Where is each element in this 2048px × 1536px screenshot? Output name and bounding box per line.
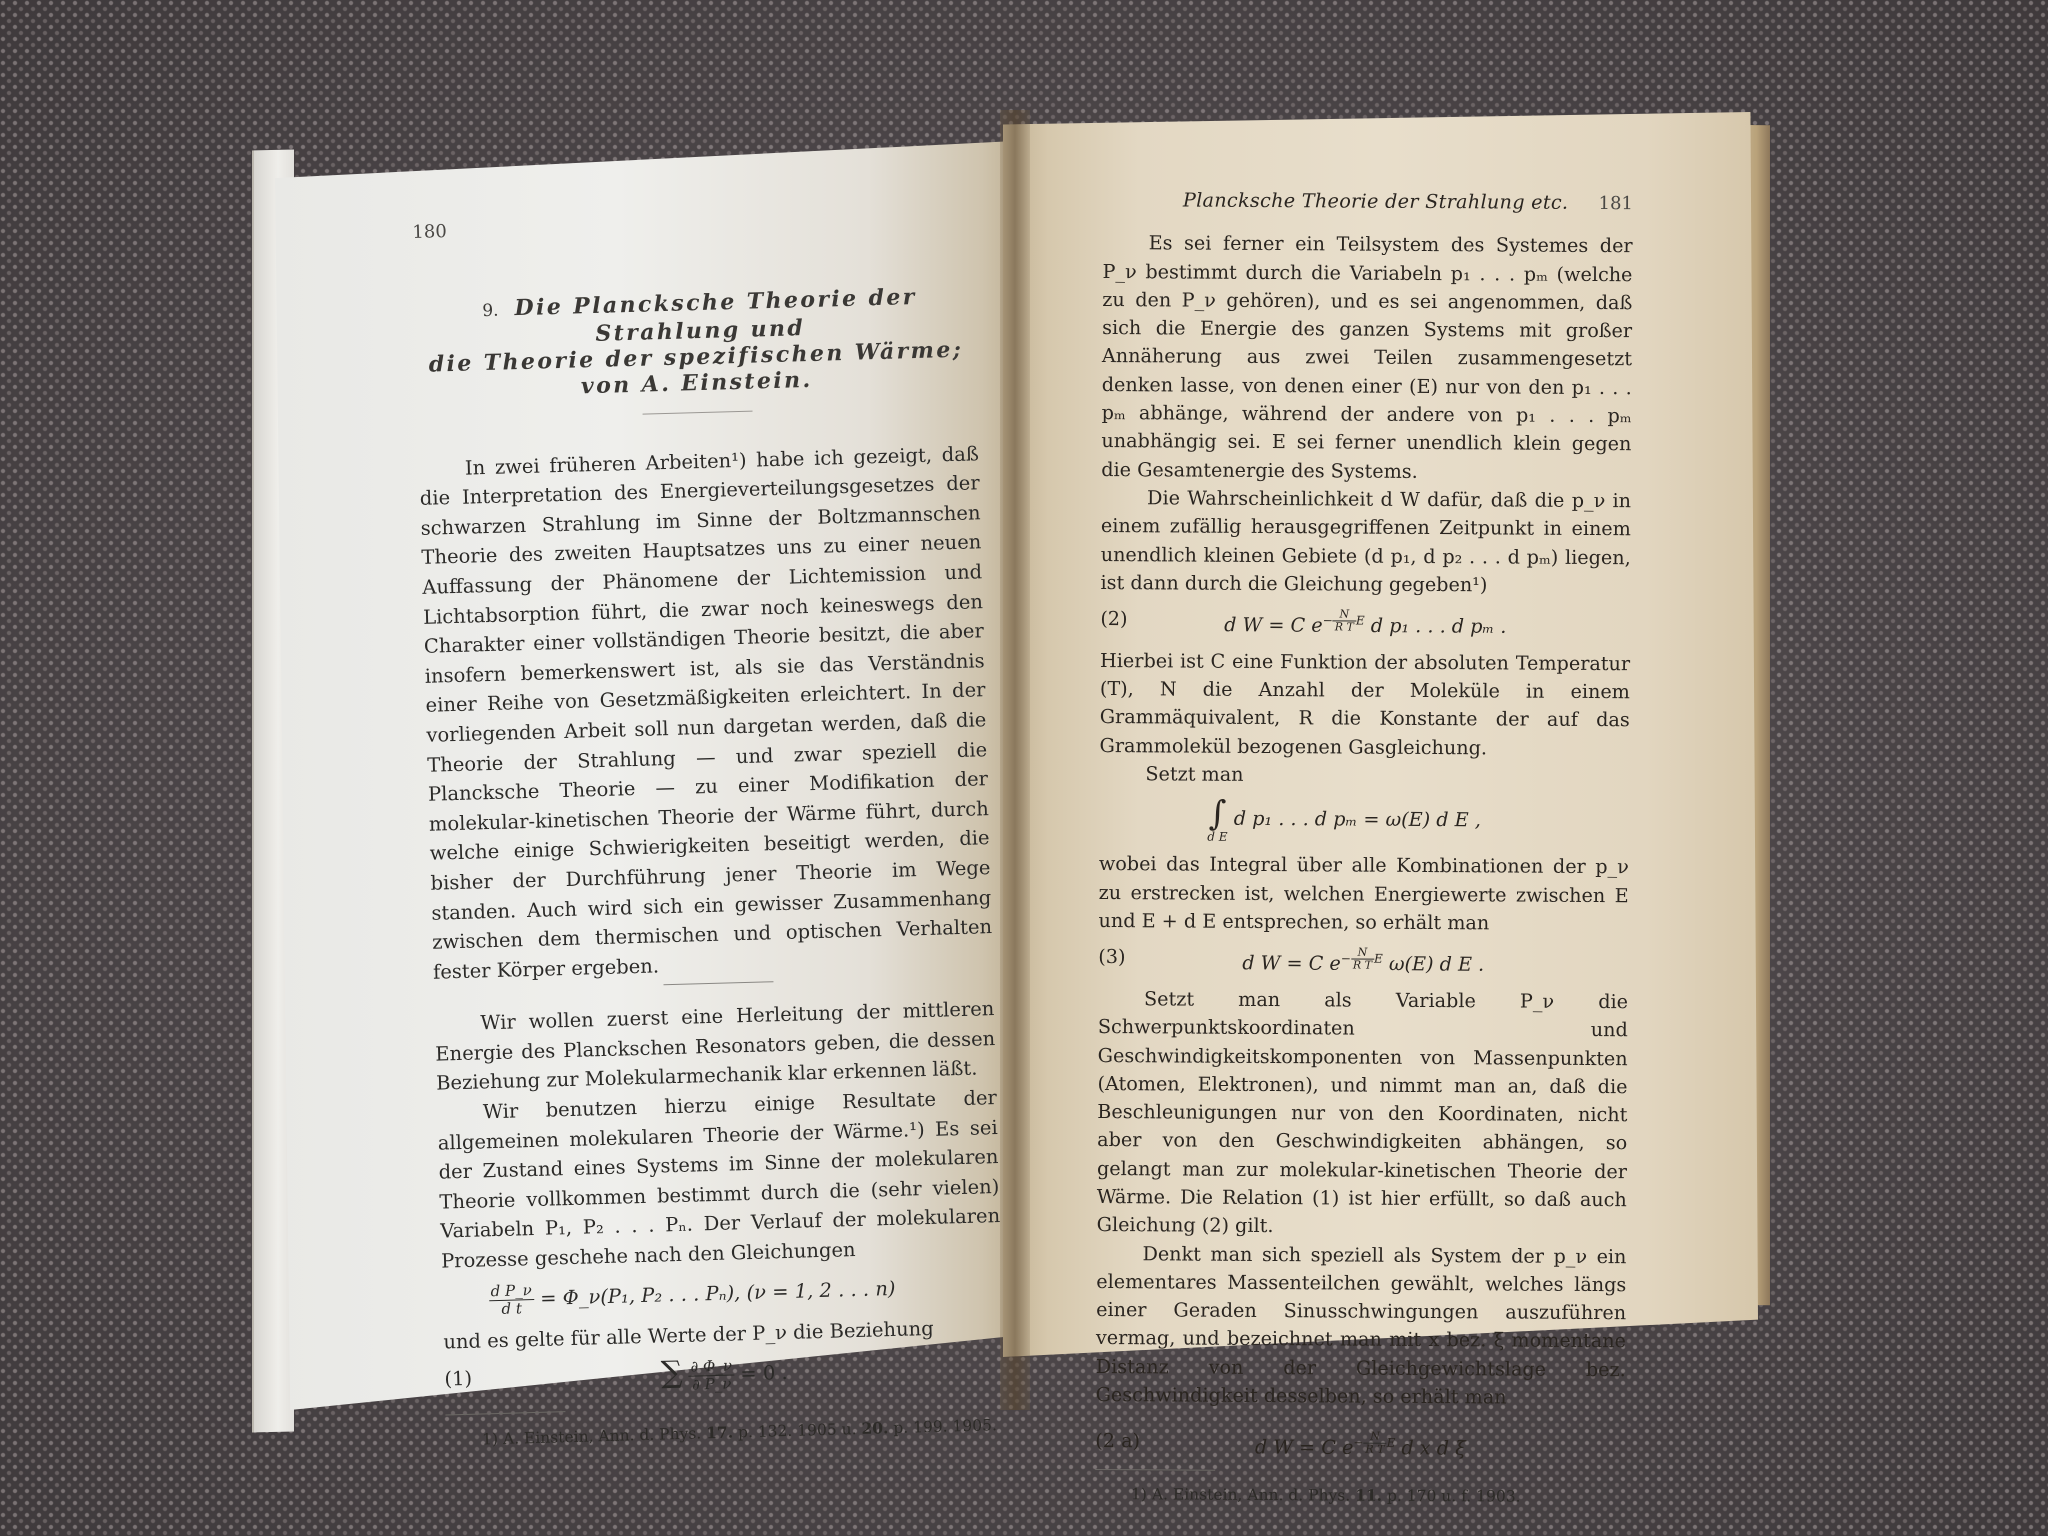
equation-1: (1) ∑ ∂ Φ_ν ∂ P_ν = 0 .: [444, 1349, 1005, 1401]
equation-dp-dt: d P_ν d t = Φ_ν(P₁, P₂ . . . Pₙ), (ν = 1…: [382, 1269, 1003, 1321]
open-book: 180 9. Die Plancksche Theorie der Strahl…: [0, 0, 2048, 1536]
article-number: 9.: [482, 300, 499, 320]
equation-2: (2) d W = C e−NR TE d p₁ . . . d pₘ .: [1100, 605, 1630, 642]
paragraph: wobei das Integral über alle Kombination…: [1098, 850, 1629, 938]
paragraph: Die Wahrscheinlichkeit d W dafür, daß di…: [1100, 484, 1631, 600]
book-gutter: [1000, 110, 1030, 1410]
footnote: 1) A. Einstein, Ann. d. Phys. 11. p. 170…: [1095, 1480, 1625, 1512]
article-title: 9. Die Plancksche Theorie der Strahlung …: [414, 282, 977, 404]
equation-label: (2): [1100, 605, 1127, 633]
equation-label: (2 a): [1095, 1427, 1140, 1456]
equation-label: (3): [1098, 943, 1125, 971]
left-page-content: 180 9. Die Plancksche Theorie der Strahl…: [412, 202, 1006, 1456]
paragraph: Es sei ferner ein Teilsystem des Systeme…: [1101, 229, 1633, 487]
equation-3: (3) d W = C e−NR TE ω(E) d E .: [1098, 943, 1628, 980]
title-line-1: Die Plancksche Theorie der Strahlung und: [514, 284, 917, 347]
paragraph: Setzt man als Variable P_ν die Schwerpun…: [1097, 985, 1629, 1243]
page-number-right: 181: [1598, 190, 1633, 219]
running-head: Plancksche Theorie der Strahlung etc. 18…: [1103, 186, 1633, 219]
running-title: Plancksche Theorie der Strahlung etc.: [1183, 186, 1569, 217]
footnote: 1) A. Einstein, Ann. d. Phys. 17. p. 132…: [446, 1410, 1007, 1456]
paragraph: In zwei früheren Arbeiten¹) habe ich gez…: [419, 439, 994, 987]
right-page-content: Plancksche Theorie der Strahlung etc. 18…: [1095, 186, 1633, 1512]
equation-2a: (2 a) d W = C e−NR TE d x d ξ: [1095, 1427, 1625, 1464]
paragraph: Hierbei ist C eine Funktion der absolute…: [1099, 647, 1630, 763]
title-divider: [643, 410, 753, 414]
footnote-rule: [445, 1411, 565, 1415]
equation-label: (1): [444, 1364, 472, 1394]
integral-equation: ∫ d E d p₁ . . . d pₘ = ω(E) d E ,: [1059, 796, 1629, 845]
paragraph-divider: [664, 981, 774, 985]
paragraph: und es gelte für alle Werte der P_ν die …: [443, 1312, 1004, 1357]
footnote-rule: [1095, 1469, 1215, 1471]
paragraph: Wir wollen zuerst eine Herleitung der mi…: [434, 994, 996, 1098]
paragraph: Denkt man sich speziell als System der p…: [1096, 1240, 1627, 1413]
paragraph: Wir benutzen hierzu einige Resultate der…: [437, 1083, 1002, 1276]
setzt-man-label: Setzt man: [1099, 760, 1629, 792]
